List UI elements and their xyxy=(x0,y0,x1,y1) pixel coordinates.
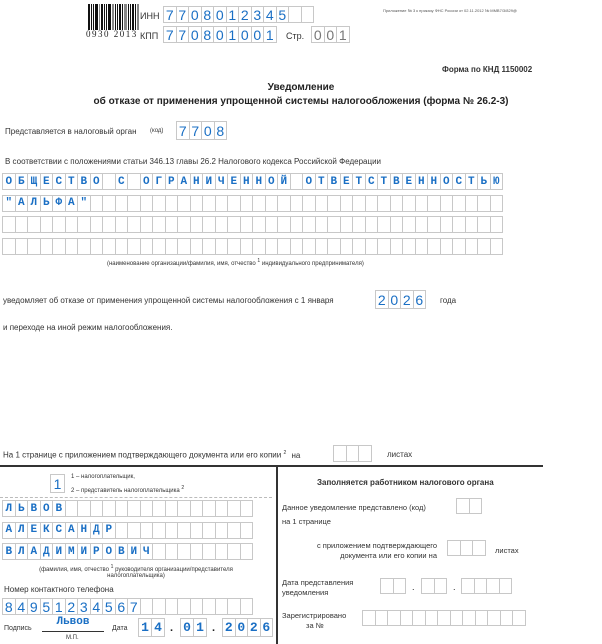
office-date-year-field[interactable] xyxy=(461,578,512,594)
char-cell xyxy=(190,522,204,539)
char-cell: И xyxy=(77,543,91,560)
char-cell xyxy=(302,216,316,233)
char-cell xyxy=(290,238,304,255)
barcode-bar xyxy=(128,4,129,30)
char-cell xyxy=(52,238,66,255)
char-cell: 6 xyxy=(115,598,129,615)
char-cell xyxy=(140,216,154,233)
kpp-field[interactable]: 770801001 xyxy=(163,26,277,43)
char-cell xyxy=(301,6,315,23)
char-cell: 1 xyxy=(336,26,350,43)
char-cell xyxy=(227,195,241,212)
char-cell xyxy=(500,610,514,626)
barcode-bar xyxy=(122,4,123,30)
char-cell xyxy=(227,522,241,539)
char-cell xyxy=(447,540,461,556)
char-cell xyxy=(140,195,154,212)
char-cell: А xyxy=(65,522,79,539)
signer-last-name[interactable]: ЛЬВОВ xyxy=(2,500,253,517)
date-dot: . xyxy=(212,622,215,634)
char-cell xyxy=(127,500,141,517)
char-cell xyxy=(165,522,179,539)
kpp-label: КПП xyxy=(140,31,158,41)
char-cell xyxy=(152,543,166,560)
date-dot: . xyxy=(412,582,415,592)
barcode-bar xyxy=(108,4,111,30)
char-cell xyxy=(165,500,179,517)
char-cell xyxy=(190,598,204,615)
char-cell xyxy=(512,610,526,626)
char-cell xyxy=(277,238,291,255)
org-name-caption: (наименование организации/фамилия, имя, … xyxy=(107,258,364,267)
char-cell xyxy=(190,238,204,255)
barcode-bar xyxy=(91,4,92,30)
char-cell xyxy=(333,445,347,462)
signature-field[interactable]: Львов xyxy=(42,614,104,632)
char-cell xyxy=(440,216,454,233)
char-cell xyxy=(460,540,474,556)
char-cell xyxy=(427,216,441,233)
char-cell xyxy=(290,195,304,212)
char-cell xyxy=(340,195,354,212)
char-cell xyxy=(365,195,379,212)
char-cell xyxy=(315,195,329,212)
char-cell: 0 xyxy=(251,26,265,43)
char-cell: Л xyxy=(2,500,16,517)
char-cell xyxy=(215,195,229,212)
tax-authority-label: Представляется в налоговый орган xyxy=(5,127,136,136)
char-cell: 3 xyxy=(251,6,265,23)
char-cell xyxy=(437,610,451,626)
signer-caption-1: (фамилия, имя, отчество 1 руководителя о… xyxy=(0,564,272,573)
char-cell xyxy=(27,216,41,233)
char-cell xyxy=(102,238,116,255)
barcode-bar xyxy=(101,4,103,30)
char-cell xyxy=(227,238,241,255)
char-cell xyxy=(390,238,404,255)
char-cell: О xyxy=(440,173,454,190)
char-cell xyxy=(440,238,454,255)
office-date-day-field[interactable] xyxy=(380,578,406,594)
barcode-number: 0930 2013 xyxy=(86,29,138,39)
org-name-row[interactable]: "АЛЬФА" xyxy=(2,195,503,212)
char-cell: Ч xyxy=(215,173,229,190)
char-cell: 2 xyxy=(400,290,414,309)
page-label: Стр. xyxy=(286,31,304,41)
char-cell xyxy=(40,238,54,255)
char-cell xyxy=(474,578,488,594)
char-cell xyxy=(202,216,216,233)
char-cell xyxy=(27,238,41,255)
char-cell xyxy=(15,238,29,255)
barcode-bar xyxy=(112,4,114,30)
char-cell xyxy=(390,195,404,212)
char-cell: 1 xyxy=(52,598,66,615)
char-cell xyxy=(415,216,429,233)
char-cell xyxy=(140,522,154,539)
date-year-field[interactable]: 2026 xyxy=(222,618,273,637)
char-cell: Б xyxy=(15,173,29,190)
char-cell xyxy=(340,216,354,233)
char-cell: Е xyxy=(27,522,41,539)
char-cell: Ь xyxy=(477,173,491,190)
char-cell xyxy=(227,543,241,560)
char-cell xyxy=(462,610,476,626)
office-date-label-1: Дата представления xyxy=(282,578,353,587)
char-cell: Е xyxy=(402,173,416,190)
char-cell: С xyxy=(52,522,66,539)
char-cell: 2 xyxy=(238,6,252,23)
char-cell: Н xyxy=(252,173,266,190)
char-cell xyxy=(380,578,394,594)
char-cell xyxy=(477,238,491,255)
char-cell: С xyxy=(52,173,66,190)
char-cell xyxy=(240,195,254,212)
char-cell: Л xyxy=(15,522,29,539)
char-cell: 0 xyxy=(311,26,325,43)
char-cell xyxy=(227,500,241,517)
submitted-label: Данное уведомление представлено (код) xyxy=(282,503,426,512)
char-cell: А xyxy=(177,173,191,190)
barcode-bar xyxy=(93,4,94,30)
char-cell xyxy=(227,216,241,233)
char-cell xyxy=(427,195,441,212)
char-cell: Е xyxy=(40,173,54,190)
barcode-bar xyxy=(104,4,105,30)
char-cell: " xyxy=(2,195,16,212)
inn-field[interactable]: 7708012345 xyxy=(163,6,314,23)
char-cell xyxy=(215,543,229,560)
office-heading: Заполняется работником налогового органа xyxy=(317,478,494,487)
barcode-bar xyxy=(124,4,127,30)
char-cell xyxy=(352,195,366,212)
char-cell xyxy=(377,238,391,255)
char-cell xyxy=(465,238,479,255)
char-cell: Н xyxy=(415,173,429,190)
org-caption-text: (наименование организации/фамилия, имя, … xyxy=(107,261,256,267)
char-cell: Ь xyxy=(15,500,29,517)
char-cell xyxy=(65,216,79,233)
char-cell xyxy=(127,238,141,255)
char-cell xyxy=(452,238,466,255)
sheets-label: листах xyxy=(387,450,412,459)
char-cell xyxy=(302,238,316,255)
char-cell xyxy=(127,173,141,190)
phone-field[interactable]: 84951234567 xyxy=(2,598,253,615)
char-cell xyxy=(115,238,129,255)
tax-authority-code-field[interactable]: 7708 xyxy=(176,121,227,140)
char-cell xyxy=(387,610,401,626)
office-sheets-label: листах xyxy=(495,546,519,555)
char-cell: Ч xyxy=(140,543,154,560)
char-cell xyxy=(127,216,141,233)
char-cell xyxy=(115,522,129,539)
char-cell xyxy=(265,195,279,212)
signature-label: Подпись xyxy=(4,625,32,632)
char-cell xyxy=(390,216,404,233)
char-cell xyxy=(393,578,407,594)
char-cell xyxy=(215,522,229,539)
char-cell: А xyxy=(2,522,16,539)
form-code: Форма по КНД 1150002 xyxy=(442,65,532,74)
barcode-bar xyxy=(119,4,121,30)
char-cell xyxy=(90,195,104,212)
char-cell xyxy=(152,195,166,212)
page-number-field[interactable]: 001 xyxy=(311,26,350,43)
char-cell: Е xyxy=(227,173,241,190)
signer-first-name[interactable]: АЛЕКСАНДР xyxy=(2,522,253,539)
char-cell xyxy=(302,195,316,212)
char-cell xyxy=(327,216,341,233)
char-cell xyxy=(152,598,166,615)
attach-label-2: документа или его копии на xyxy=(300,551,437,560)
char-cell: 5 xyxy=(276,6,290,23)
char-cell: 5 xyxy=(102,598,116,615)
footnote-mark: 2 xyxy=(181,485,184,491)
reg-label-1: Зарегистрировано xyxy=(282,611,346,620)
char-cell xyxy=(152,216,166,233)
char-cell xyxy=(165,238,179,255)
order-note: Приложение № 3 к приказу ФНС России от 0… xyxy=(383,8,517,13)
char-cell xyxy=(102,500,116,517)
column-divider xyxy=(276,465,278,644)
signer-type-option1: 1 – налогоплательщик, xyxy=(71,474,135,480)
char-cell xyxy=(202,598,216,615)
footnote-mark: 2 xyxy=(283,450,286,456)
char-cell xyxy=(486,578,500,594)
char-cell xyxy=(427,238,441,255)
char-cell xyxy=(215,216,229,233)
char-cell: Т xyxy=(465,173,479,190)
barcode-bar xyxy=(115,4,116,30)
char-cell xyxy=(127,195,141,212)
char-cell xyxy=(475,610,489,626)
option2-text: 2 – представитель налогоплательщика xyxy=(71,488,180,494)
char-cell xyxy=(240,522,254,539)
char-cell xyxy=(65,500,79,517)
org-name-row[interactable] xyxy=(2,216,503,233)
char-cell: О xyxy=(265,173,279,190)
char-cell: Н xyxy=(240,173,254,190)
char-cell: Л xyxy=(27,195,41,212)
char-cell: 8 xyxy=(201,26,215,43)
char-cell xyxy=(352,238,366,255)
char-cell xyxy=(265,216,279,233)
year-suffix: года xyxy=(440,296,456,305)
char-cell xyxy=(102,173,116,190)
office-date-month-field[interactable] xyxy=(421,578,447,594)
char-cell: О xyxy=(302,173,316,190)
char-cell xyxy=(277,216,291,233)
char-cell: О xyxy=(40,500,54,517)
signer-type-field[interactable]: 1 xyxy=(50,474,65,493)
char-cell xyxy=(140,598,154,615)
char-cell xyxy=(177,598,191,615)
char-cell xyxy=(425,610,439,626)
char-cell: 6 xyxy=(413,290,427,309)
char-cell xyxy=(477,216,491,233)
char-cell: 8 xyxy=(201,6,215,23)
char-cell: Н xyxy=(190,173,204,190)
char-cell xyxy=(202,195,216,212)
char-cell: 7 xyxy=(176,6,190,23)
char-cell xyxy=(252,195,266,212)
char-cell: 0 xyxy=(188,26,202,43)
barcode-bar xyxy=(95,4,98,30)
char-cell xyxy=(490,238,504,255)
char-cell xyxy=(77,500,91,517)
char-cell: Т xyxy=(65,173,79,190)
char-cell xyxy=(465,216,479,233)
office-date-label-2: уведомления xyxy=(282,588,328,597)
char-cell xyxy=(452,195,466,212)
basis-text: В соответствии с положениями статьи 346.… xyxy=(5,157,381,166)
char-cell xyxy=(177,543,191,560)
char-cell: 8 xyxy=(214,121,228,140)
barcode-bar xyxy=(99,4,100,30)
char-cell: С xyxy=(365,173,379,190)
date-month-field[interactable]: 01 xyxy=(180,618,207,637)
char-cell: 1 xyxy=(50,474,65,493)
phone-label: Номер контактного телефона xyxy=(4,585,114,594)
barcode-bar xyxy=(132,4,134,30)
barcode-bar xyxy=(88,4,90,30)
char-cell xyxy=(465,195,479,212)
signer-type-divider xyxy=(0,497,272,498)
barcode xyxy=(88,4,145,30)
char-cell xyxy=(202,543,216,560)
char-cell xyxy=(252,216,266,233)
footnote-mark: 1 xyxy=(111,564,114,570)
char-cell: Т xyxy=(315,173,329,190)
char-cell xyxy=(362,610,376,626)
char-cell xyxy=(202,238,216,255)
char-cell xyxy=(375,610,389,626)
office-pages-label: на 1 странице xyxy=(282,517,331,526)
transition-text: и переходе на иной режим налогообложения… xyxy=(3,323,172,332)
char-cell: Д xyxy=(40,543,54,560)
char-cell xyxy=(152,238,166,255)
char-cell xyxy=(277,195,291,212)
sheets-count-field[interactable] xyxy=(333,445,372,462)
char-cell: К xyxy=(40,522,54,539)
char-cell xyxy=(290,173,304,190)
char-cell xyxy=(177,238,191,255)
char-cell xyxy=(472,540,486,556)
char-cell xyxy=(377,195,391,212)
char-cell xyxy=(400,610,414,626)
date-dot: . xyxy=(170,622,173,634)
char-cell xyxy=(477,195,491,212)
char-cell: 0 xyxy=(180,618,194,637)
char-cell: 7 xyxy=(163,26,177,43)
char-cell: Щ xyxy=(27,173,41,190)
barcode-bar xyxy=(106,4,107,30)
reg-label-2: за № xyxy=(306,621,324,630)
char-cell xyxy=(52,216,66,233)
char-cell: Т xyxy=(377,173,391,190)
char-cell: 1 xyxy=(226,26,240,43)
char-cell xyxy=(377,216,391,233)
char-cell xyxy=(177,522,191,539)
char-cell xyxy=(165,543,179,560)
refusal-text: уведомляет об отказе от применения упрощ… xyxy=(3,296,334,305)
char-cell: 4 xyxy=(263,6,277,23)
signer-patronymic[interactable]: ВЛАДИМИРОВИЧ xyxy=(2,543,253,560)
registration-number-field[interactable] xyxy=(362,610,526,626)
char-cell: Ь xyxy=(40,195,54,212)
barcode-bar xyxy=(130,4,131,30)
char-cell: Л xyxy=(15,543,29,560)
char-cell xyxy=(452,216,466,233)
char-cell xyxy=(102,216,116,233)
char-cell: Н xyxy=(427,173,441,190)
char-cell: 4 xyxy=(15,598,29,615)
char-cell: А xyxy=(15,195,29,212)
char-cell: 1 xyxy=(138,618,152,637)
char-cell: Р xyxy=(102,522,116,539)
char-cell: О xyxy=(140,173,154,190)
char-cell: 0 xyxy=(213,6,227,23)
org-name-row[interactable]: ОБЩЕСТВО С ОГРАНИЧЕННОЙ ОТВЕТСТВЕННОСТЬЮ xyxy=(2,173,503,190)
char-cell: И xyxy=(52,543,66,560)
char-cell xyxy=(456,498,470,514)
char-cell: И xyxy=(202,173,216,190)
submitted-code-field[interactable] xyxy=(456,498,482,514)
char-cell: Д xyxy=(90,522,104,539)
char-cell: 6 xyxy=(260,618,274,637)
char-cell: 7 xyxy=(163,6,177,23)
office-sheets-field[interactable] xyxy=(447,540,486,556)
refusal-year-field[interactable]: 2026 xyxy=(375,290,426,309)
char-cell xyxy=(365,238,379,255)
char-cell xyxy=(77,238,91,255)
char-cell xyxy=(240,598,254,615)
char-cell: 7 xyxy=(176,26,190,43)
char-cell: 0 xyxy=(235,618,249,637)
char-cell xyxy=(487,610,501,626)
char-cell: Р xyxy=(90,543,104,560)
char-cell: 4 xyxy=(90,598,104,615)
char-cell: 7 xyxy=(189,121,203,140)
pages-text: На 1 странице с приложением подтверждающ… xyxy=(3,450,300,460)
char-cell xyxy=(402,238,416,255)
char-cell xyxy=(415,238,429,255)
char-cell xyxy=(15,216,29,233)
char-cell xyxy=(450,610,464,626)
char-cell xyxy=(240,238,254,255)
char-cell xyxy=(190,195,204,212)
char-cell xyxy=(215,598,229,615)
char-cell xyxy=(115,195,129,212)
org-name-row[interactable] xyxy=(2,238,503,255)
footnote-mark: 1 xyxy=(257,258,260,264)
char-cell: 0 xyxy=(238,26,252,43)
date-day-field[interactable]: 14 xyxy=(138,618,165,637)
title-line1: Уведомление xyxy=(0,82,602,93)
char-cell: 8 xyxy=(2,598,16,615)
char-cell xyxy=(327,195,341,212)
char-cell xyxy=(340,238,354,255)
char-cell: И xyxy=(127,543,141,560)
barcode-bar xyxy=(137,4,139,30)
char-cell xyxy=(152,522,166,539)
char-cell: В xyxy=(27,500,41,517)
char-cell xyxy=(440,195,454,212)
char-cell xyxy=(288,6,302,23)
char-cell: О xyxy=(90,173,104,190)
attach-label-1: с приложением подтверждающего xyxy=(300,541,437,550)
